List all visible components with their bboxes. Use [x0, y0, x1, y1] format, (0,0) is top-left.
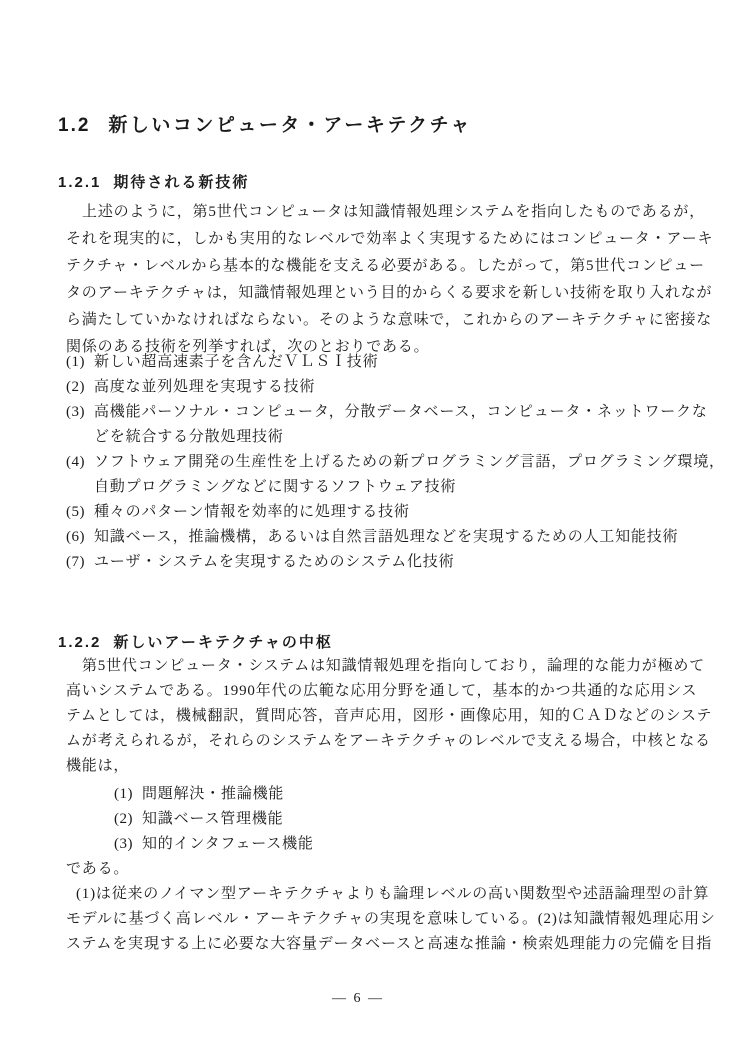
subsection-1-2-2-heading: 1.2.2新しいアーキテクチャの中枢: [58, 630, 333, 655]
paragraph-explanation: (1)は従来のノイマン型アーキテクチャよりも論理レベルの高い関数型や述語論理型の…: [66, 882, 716, 957]
list-item: (3)高機能パーソナル・コンピュータ，分散データベース，コンピュータ・ネットワー…: [66, 400, 725, 425]
list-item: (2)高度な並列処理を実現する技術: [66, 375, 725, 400]
text-line: ら満たしていかなければならない。そのような意味で，これからのアーキテクチャに密接…: [66, 307, 713, 334]
text-line: タのアーキテクチャは，知識情報処理という目的からくる要求を新しい技術を取り入れな…: [66, 280, 713, 307]
paragraph-expected-technologies: 上述のように，第5世代コンピュータは知識情報処理システムを指向したものであるが，…: [66, 199, 713, 361]
list-item: (1)新しい超高速素子を含んだＶＬＳＩ技術: [66, 350, 725, 375]
subsection-title: 期待される新技術: [113, 174, 249, 191]
text-line: テクチャ・レベルから基本的な機能を支える必要がある。したがって，第5世代コンピュ…: [66, 253, 713, 280]
text-line: 機能は，: [66, 754, 712, 779]
list-item: (6)知識ベース，推論機構，あるいは自然言語処理などを実現するための人工知能技術: [66, 525, 725, 550]
list-item: (4)ソフトウェア開発の生産性を上げるための新プログラミング言語，プログラミング…: [66, 450, 725, 475]
list-item-text: 自動プログラミングなどに関するソフトウェア技術: [94, 479, 456, 495]
list-item: (1)問題解決・推論機能: [114, 782, 314, 807]
list-item: (7)ユーザ・システムを実現するためのシステム化技術: [66, 550, 725, 575]
list-item-continuation: 自動プログラミングなどに関するソフトウェア技術: [66, 475, 725, 500]
list-item-text: 高機能パーソナル・コンピュータ，分散データベース，コンピュータ・ネットワークな: [94, 404, 708, 420]
list-item-number: (5): [66, 500, 85, 525]
list-item: (2)知識ベース管理機能: [114, 807, 314, 832]
list-item-text: 新しい超高速素子を含んだＶＬＳＩ技術: [94, 354, 378, 370]
list-item-text: ソフトウェア開発の生産性を上げるための新プログラミング言語，プログラミング環境，: [94, 454, 725, 470]
list-item-text: どを統合する分散処理技術: [94, 429, 284, 445]
list-item-number: (1): [114, 782, 133, 807]
technology-list: (1)新しい超高速素子を含んだＶＬＳＩ技術 (2)高度な並列処理を実現する技術 …: [66, 350, 725, 575]
text-line: 第5世代コンピュータ・システムは知識情報処理を指向しており，論理的な能力が極めて: [66, 654, 712, 679]
list-item-text: ユーザ・システムを実現するためのシステム化技術: [94, 554, 454, 570]
paragraph-architecture-core: 第5世代コンピュータ・システムは知識情報処理を指向しており，論理的な能力が極めて…: [66, 654, 712, 779]
list-item-text: 知識ベース，推論機構，あるいは自然言語処理などを実現するための人工知能技術: [94, 529, 678, 545]
text-line: ムが考えられるが，それらのシステムをアーキテクチャのレベルで支える場合，中核とな…: [66, 729, 712, 754]
text-line: それを現実的に，しかも実用的なレベルで効率よく実現するためにはコンピュータ・アー…: [66, 226, 713, 253]
section-title: 新しいコンピュータ・アーキテクチャ: [108, 115, 472, 136]
page-number: — 6 —: [0, 988, 716, 1010]
scanned-page: 1.2新しいコンピュータ・アーキテクチャ 1.2.1期待される新技術 上述のよう…: [0, 0, 750, 1054]
text-line: (1)は従来のノイマン型アーキテクチャよりも論理レベルの高い関数型や述語論理型の…: [66, 882, 716, 907]
list-item-text: 高度な並列処理を実現する技術: [94, 379, 315, 395]
subsection-number: 1.2.1: [58, 174, 101, 191]
subsection-title: 新しいアーキテクチャの中枢: [113, 634, 333, 651]
list-item-text: 知識ベース管理機能: [142, 811, 283, 827]
text-line: ステムを実現する上に必要な大容量データベースと高速な推論・検索処理能力の完備を目…: [66, 932, 716, 957]
text-line: モデルに基づく高レベル・アーキテクチャの実現を意味している。(2)は知識情報処理…: [66, 907, 716, 932]
list-item-number: (7): [66, 550, 85, 575]
subsection-1-2-1-heading: 1.2.1期待される新技術: [58, 170, 249, 195]
text-line: 上述のように，第5世代コンピュータは知識情報処理システムを指向したものであるが，: [66, 199, 713, 226]
list-item-number: (3): [66, 400, 85, 425]
list-item-text: 知的インタフェース機能: [142, 836, 314, 852]
list-item-number: (2): [114, 807, 133, 832]
text-line: 高いシステムである。1990年代の広範な応用分野を通して，基本的かつ共通的な応用…: [66, 679, 712, 704]
list-item-number: (2): [66, 375, 85, 400]
list-item-number: (1): [66, 350, 85, 375]
section-heading: 1.2新しいコンピュータ・アーキテクチャ: [58, 112, 472, 140]
section-number: 1.2: [58, 115, 90, 136]
text-line: テムとしては，機械翻訳，質問応答，音声応用，図形・画像応用，知的ＣＡＤなどのシス…: [66, 704, 712, 729]
list-item-number: (3): [114, 832, 133, 857]
closing-line: である。: [66, 857, 129, 882]
list-item: (5)種々のパターン情報を効率的に処理する技術: [66, 500, 725, 525]
list-item: (3)知的インタフェース機能: [114, 832, 314, 857]
list-item-number: (6): [66, 525, 85, 550]
list-item-number: (4): [66, 450, 85, 475]
core-function-list: (1)問題解決・推論機能 (2)知識ベース管理機能 (3)知的インタフェース機能: [114, 782, 314, 857]
subsection-number: 1.2.2: [58, 634, 101, 651]
list-item-continuation: どを統合する分散処理技術: [66, 425, 725, 450]
list-item-text: 問題解決・推論機能: [142, 786, 284, 802]
list-item-text: 種々のパターン情報を効率的に処理する技術: [94, 504, 410, 520]
